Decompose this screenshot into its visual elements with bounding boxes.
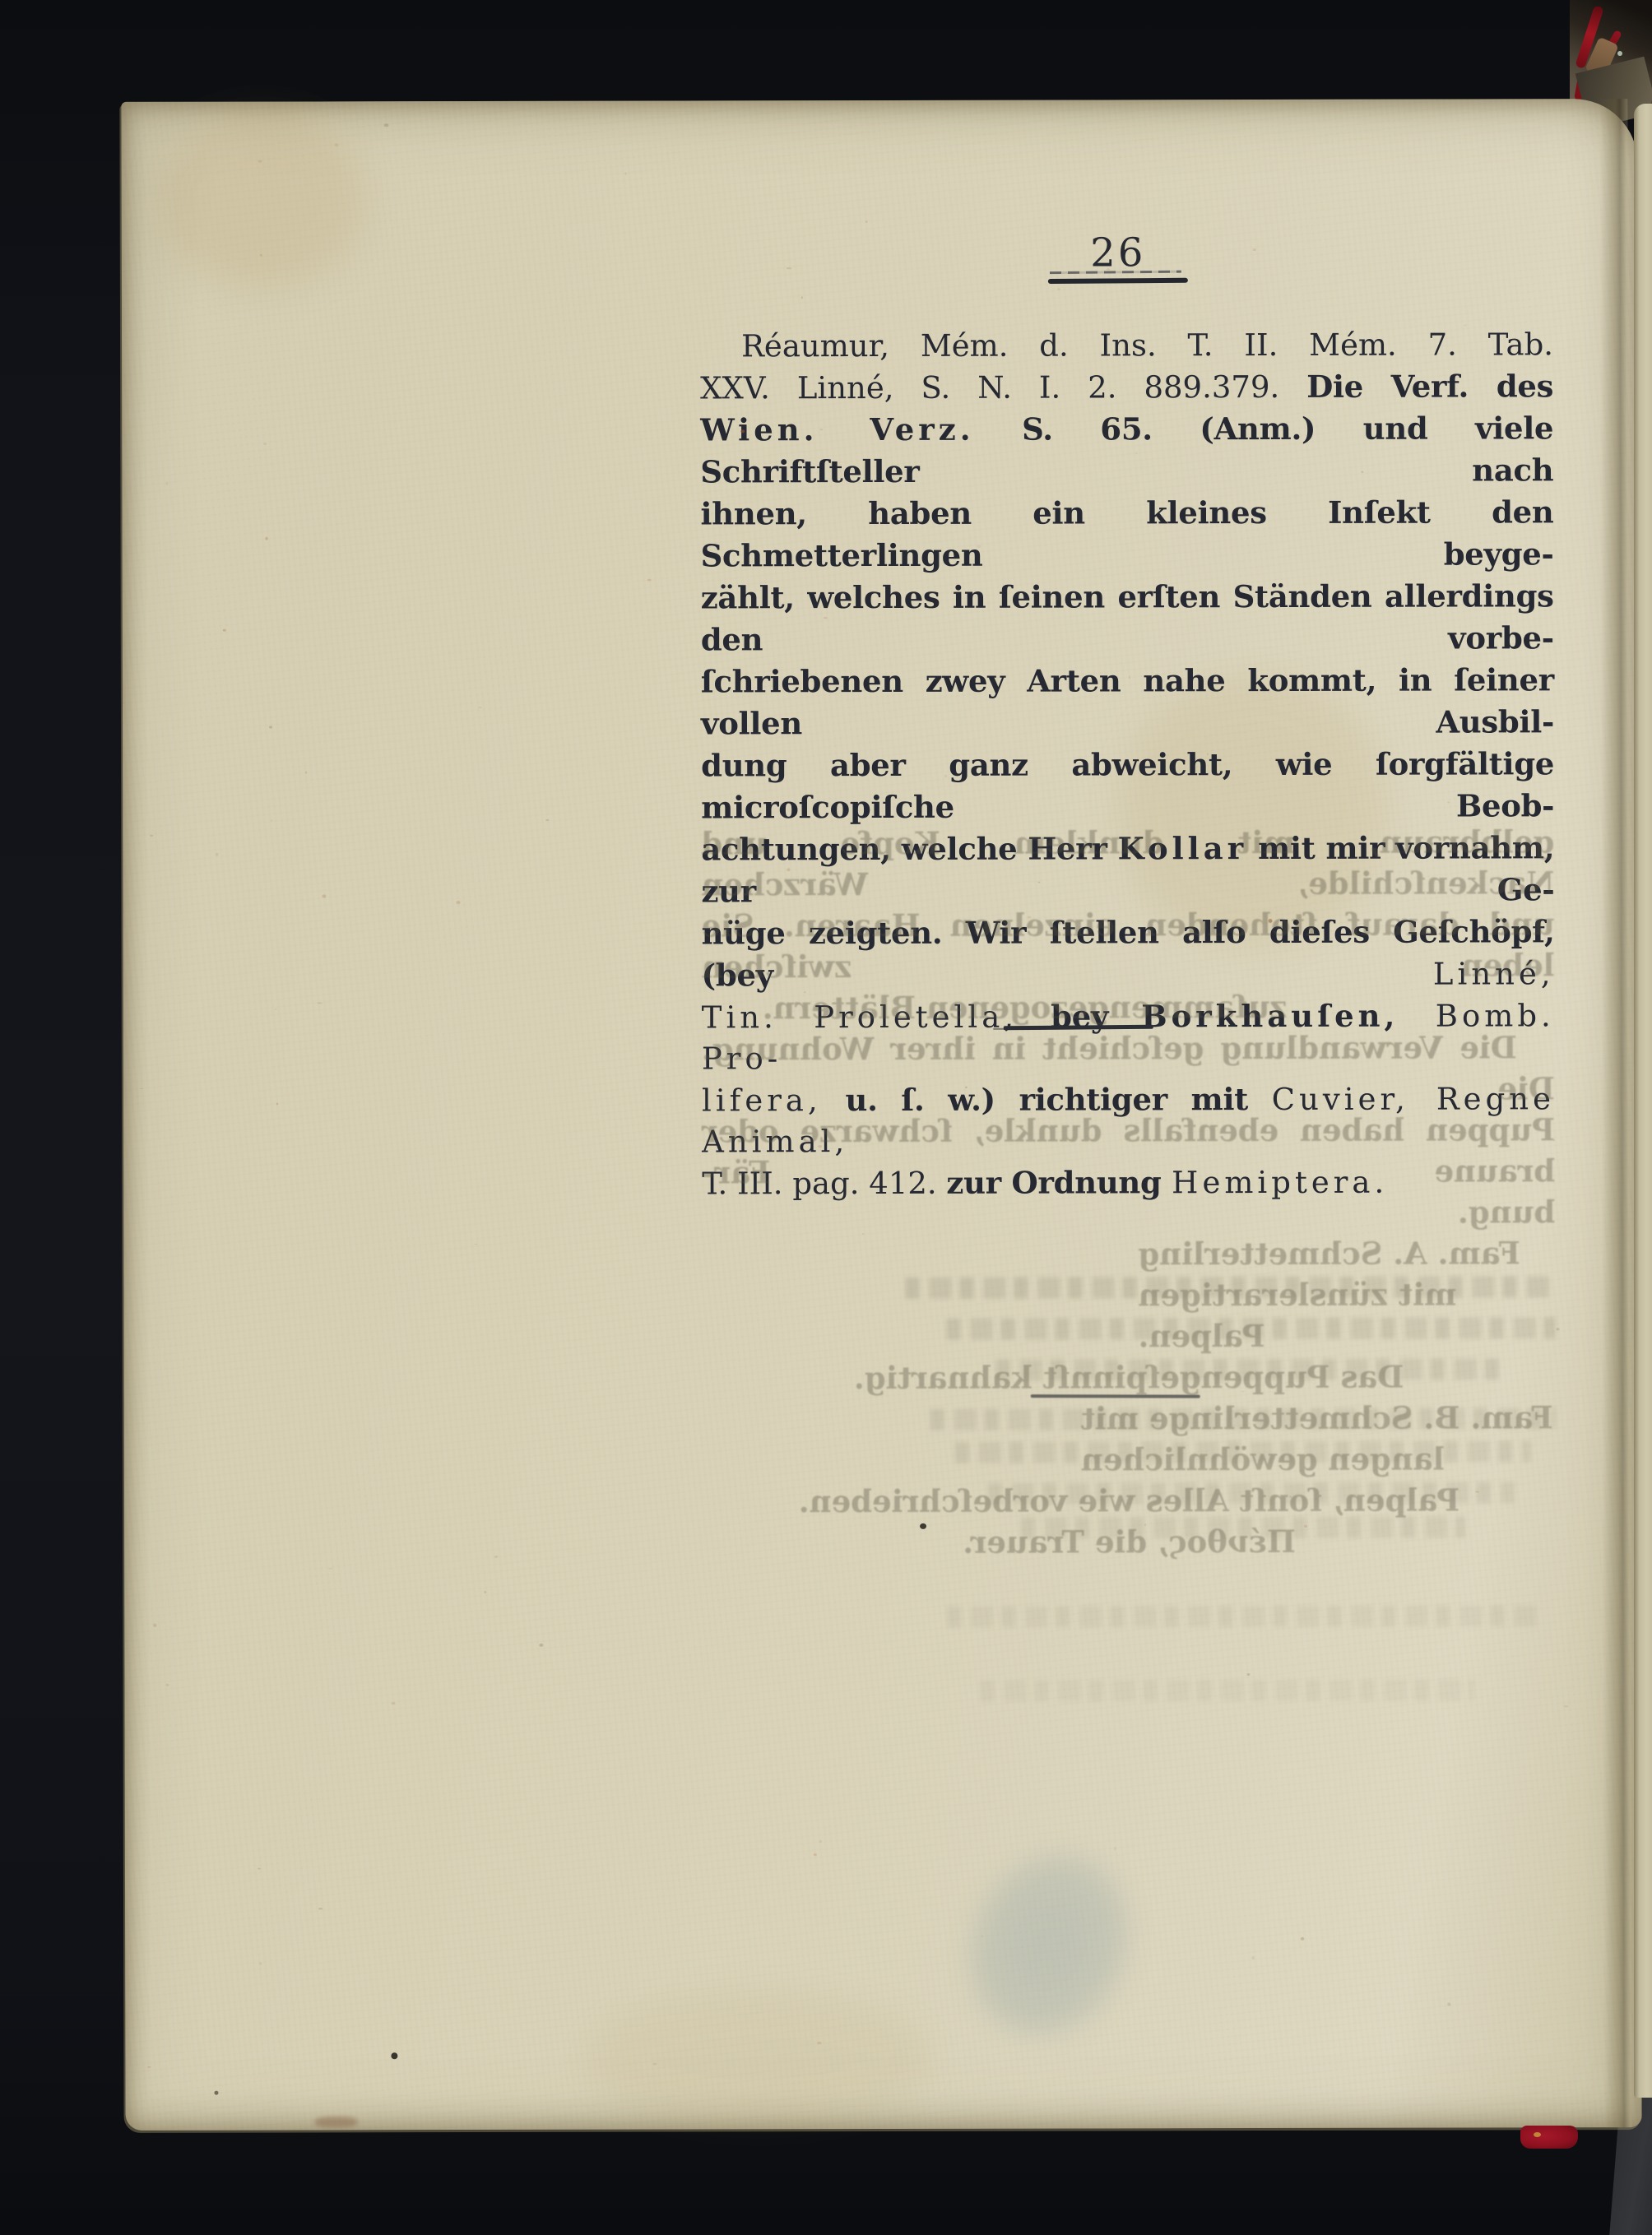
book-scan: 26 Réaumur, Mém. d. Ins. T. II. Mém. 7. … [0, 0, 1652, 2235]
show-through-line: Die Verwandlung geſchieht in ihrer Wohnu… [702, 1027, 1555, 1111]
paper-speck [269, 726, 272, 728]
paper-speck [1546, 763, 1549, 765]
header-rule-thick [1048, 278, 1188, 284]
red-edge-spot [1520, 2126, 1578, 2149]
show-through-line: Puppen haben ebenfalls dunkle, ſchwarze … [702, 1109, 1555, 1193]
paper-speck [392, 1702, 395, 1704]
text-line: Wien. Verz. S. 65. (Anm.) und viele Schr… [700, 407, 1553, 493]
divider-rule-lower [1031, 1394, 1200, 1398]
paper-speck [214, 2091, 218, 2095]
paper-speck [305, 772, 307, 774]
paper-speck [965, 1087, 968, 1088]
ghost-text-smudge [947, 1317, 1556, 1340]
paper-speck [457, 901, 461, 903]
paper-speck [817, 2042, 822, 2044]
paper-speck [1246, 1674, 1250, 1676]
page-number: 26 [1050, 231, 1186, 274]
text-line: ſchriebenen zwey Arten nahe kommt, in ſe… [701, 659, 1554, 744]
text-segment: dung aber ganz abweicht, wie ſorgfältige… [701, 745, 1554, 825]
text-line: ihnen, haben ein kleines Inſekt den Schm… [700, 491, 1553, 577]
paper-speck [1144, 1524, 1146, 1526]
paper-speck [259, 1962, 262, 1965]
ghost-text-smudge [1021, 1517, 1465, 1539]
show-through-line: und darauf ſtehenden einzelnen Haaren. S… [701, 903, 1554, 987]
ghost-text-smudge [905, 1276, 1555, 1299]
paper-speck [260, 254, 262, 256]
text-segment: ihnen, haben ein kleines Inſekt den Schm… [700, 494, 1553, 573]
gold-fleck [1534, 2132, 1541, 2137]
paper-speck [391, 2052, 397, 2059]
text-line: Réaumur, Mém. d. Ins. T. II. Mém. 7. Tab… [700, 324, 1553, 367]
paper-speck [1241, 1391, 1245, 1393]
paper-speck [1447, 801, 1450, 803]
text-segment: zählt, welches in ſeinen erſten Ständen … [701, 577, 1554, 657]
paper-speck [384, 123, 388, 127]
ghost-text-smudge [947, 1605, 1539, 1628]
text-line: dung aber ganz abweicht, wie ſorgfältige… [701, 743, 1554, 828]
paper-speck [1129, 675, 1131, 679]
paper-speck [276, 1103, 278, 1106]
paper-speck [266, 537, 268, 540]
book-page: 26 Réaumur, Mém. d. Ins. T. II. Mém. 7. … [121, 99, 1641, 2131]
paper-speck [322, 895, 326, 897]
paper-speck [819, 1840, 821, 1843]
paper-speck [318, 1002, 323, 1004]
paper-speck [1464, 324, 1467, 326]
page-header: 26 [1050, 231, 1186, 274]
ghost-text-smudge [996, 1358, 1506, 1380]
paper-speck [153, 1624, 156, 1626]
text-segment: Die Verf. des [1306, 368, 1553, 405]
paper-speck [1564, 1705, 1569, 1707]
paper-speck [1269, 919, 1273, 923]
show-through-line: bung. [702, 1191, 1555, 1234]
paper-speck [787, 868, 790, 871]
text-segment: ſchriebenen zwey Arten nahe kommt, in ſe… [701, 661, 1554, 741]
paper-speck [315, 2117, 358, 2127]
paper-speck [222, 629, 225, 632]
text-segment: Réaumur, Mém. d. Ins. T. II. Mém. 7. Tab… [741, 327, 1553, 364]
ghost-text-smudge [988, 1481, 1515, 1504]
paper-speck [1057, 289, 1060, 290]
text-segment: XXV. Linné, S. N. I. 2. 889.379. [700, 369, 1306, 406]
paper-stain [586, 1992, 931, 2125]
ghost-text-smudge [980, 1679, 1473, 1701]
marble-glint [1617, 51, 1622, 56]
paper-speck [318, 1908, 323, 1910]
paper-speck [335, 143, 339, 146]
paper-speck [1448, 2003, 1451, 2006]
paper-speck [981, 1936, 983, 1937]
page-curl-shadow [1599, 99, 1631, 2127]
text-line: zählt, welches in ſeinen erſten Ständen … [701, 575, 1554, 661]
paper-speck [264, 443, 267, 444]
paper-speck [944, 774, 947, 777]
show-through-line: zuſammengezogenen Blättern. [702, 985, 1555, 1028]
paper-speck [920, 1523, 926, 1529]
paper-speck [740, 429, 745, 433]
paper-speck [494, 1556, 499, 1557]
paper-speck [1557, 1328, 1559, 1330]
paper-speck [147, 2066, 151, 2068]
paper-speck [165, 1683, 169, 1686]
text-line: XXV. Linné, S. N. I. 2. 889.379. Die Ver… [700, 365, 1553, 409]
ghost-text-smudge [955, 1440, 1531, 1463]
paper-speck [1304, 1525, 1306, 1528]
paper-speck [1253, 248, 1256, 250]
next-page-edge [1634, 104, 1652, 2098]
paper-speck [1207, 753, 1209, 755]
ghost-text-smudge [930, 1407, 1556, 1430]
paper-speck [258, 160, 262, 163]
show-through-line: gelbbraun, mit dunklem Kopfe und Nackenſ… [701, 821, 1554, 905]
paper-speck [1038, 881, 1040, 883]
paper-speck [624, 172, 626, 174]
paper-speck [647, 578, 651, 581]
paper-speck [1114, 1848, 1116, 1851]
paper-stain [154, 109, 368, 291]
paper-speck [814, 1853, 817, 1856]
paper-speck [1068, 854, 1070, 857]
paper-speck [165, 482, 168, 485]
